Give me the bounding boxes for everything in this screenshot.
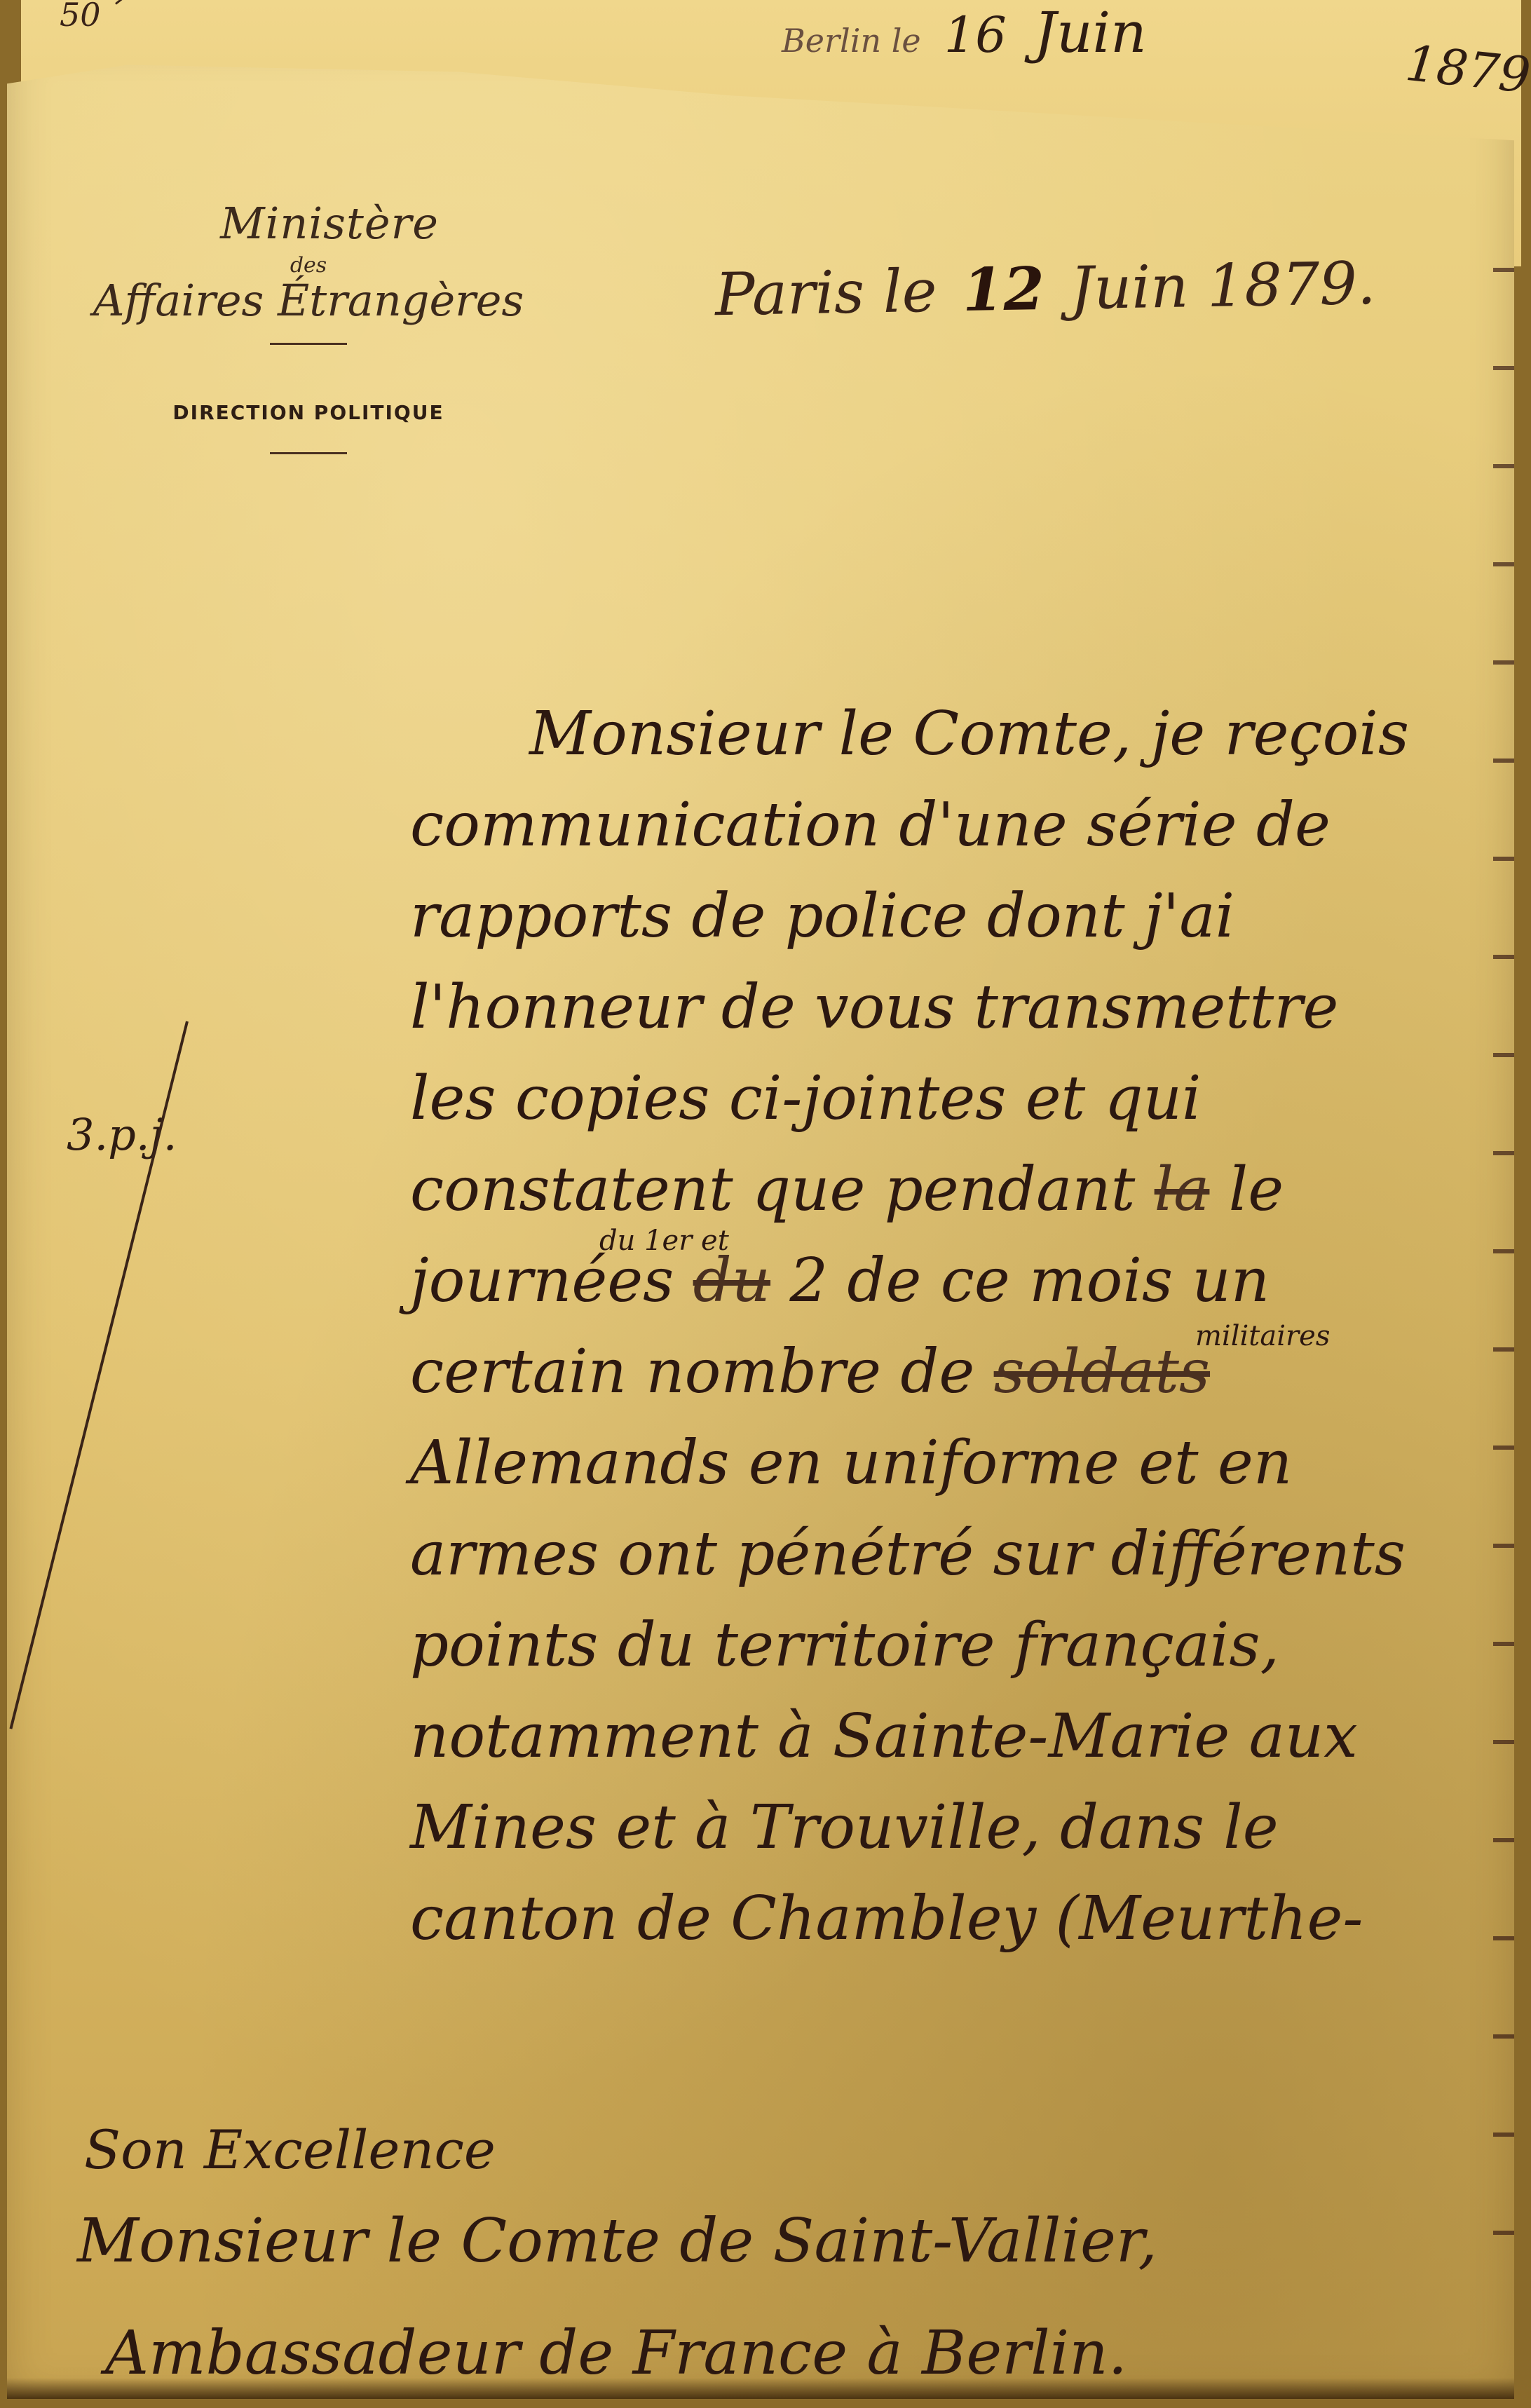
- body-line: communication d'une série de: [410, 780, 1504, 871]
- letterhead-des: des: [84, 253, 533, 278]
- letterhead-divider-2: [270, 452, 347, 454]
- body-line: notamment à Sainte-Marie aux: [410, 1691, 1504, 1782]
- letterhead: Ministère des Affaires Étrangères DIRECT…: [84, 198, 533, 454]
- struck-word: la: [1155, 1155, 1210, 1225]
- letterhead-department: DIRECTION POLITIQUE: [84, 401, 533, 424]
- body-text-segment: certain nombre de: [410, 1337, 994, 1407]
- letterhead-ministere: Ministère: [126, 198, 533, 249]
- berlin-date-year: 1879: [1403, 34, 1531, 104]
- body-line: points du territoire français,: [410, 1600, 1504, 1691]
- place-date-year: 1879.: [1206, 249, 1376, 320]
- place-date-place: Paris le: [714, 257, 937, 329]
- page-bottom-shadow: [7, 2378, 1514, 2399]
- recipient-address: Son Excellence Monsieur le Comte de Sain…: [84, 2111, 1521, 2408]
- interlinear-insertion: militaires: [1195, 1322, 1330, 1350]
- berlin-date-month: Juin: [1034, 0, 1147, 65]
- place-date-month: Juin: [1070, 252, 1189, 322]
- body-line: constatent que pendant la le: [410, 1144, 1504, 1235]
- margin-annotation: 3.p.j.: [67, 1109, 177, 1160]
- body-text-segment: constatent que pendant: [410, 1155, 1155, 1225]
- berlin-date-prefix: Berlin le: [782, 22, 921, 60]
- body-line: Allemands en uniforme et en: [410, 1417, 1504, 1509]
- place-date-day: 12: [962, 254, 1045, 325]
- letter-page: Ministère des Affaires Étrangères DIRECT…: [7, 36, 1514, 2399]
- body-line: du 1er et journées du 2 de ce mois un: [410, 1235, 1504, 1326]
- body-text-segment: 2 de ce mois un: [770, 1246, 1270, 1316]
- address-line-title: Son Excellence: [84, 2111, 1521, 2189]
- letterhead-divider: [270, 343, 347, 345]
- body-line: l'honneur de vous transmettre: [410, 962, 1504, 1053]
- body-line: militaires certain nombre de soldats: [410, 1326, 1504, 1417]
- address-line-name: Monsieur le Comte de Saint-Vallier,: [77, 2189, 1521, 2294]
- letter-body: Monsieur le Comte, je reçois communicati…: [410, 688, 1504, 1964]
- struck-word: soldats: [994, 1337, 1210, 1407]
- folio-mark: 50: [60, 0, 101, 34]
- body-line: Monsieur le Comte, je reçois: [410, 688, 1504, 780]
- letterhead-affaires-etrangeres: Affaires Étrangères: [84, 275, 533, 326]
- body-text-segment: le: [1209, 1155, 1284, 1225]
- berlin-date-day: 16: [944, 6, 1007, 64]
- body-line: les copies ci-jointes et qui: [410, 1053, 1504, 1144]
- place-date: Paris le 12 Juin 1879.: [714, 248, 1376, 329]
- body-line: Mines et à Trouville, dans le: [410, 1782, 1504, 1873]
- body-line: rapports de police dont j'ai: [410, 871, 1504, 962]
- berlin-date: Berlin le 16 Juin: [782, 0, 1147, 65]
- body-line: canton de Chambley (Meurthe-: [410, 1873, 1504, 1964]
- interlinear-insertion: du 1er et: [599, 1227, 729, 1255]
- body-line: armes ont pénétré sur différents: [410, 1509, 1504, 1600]
